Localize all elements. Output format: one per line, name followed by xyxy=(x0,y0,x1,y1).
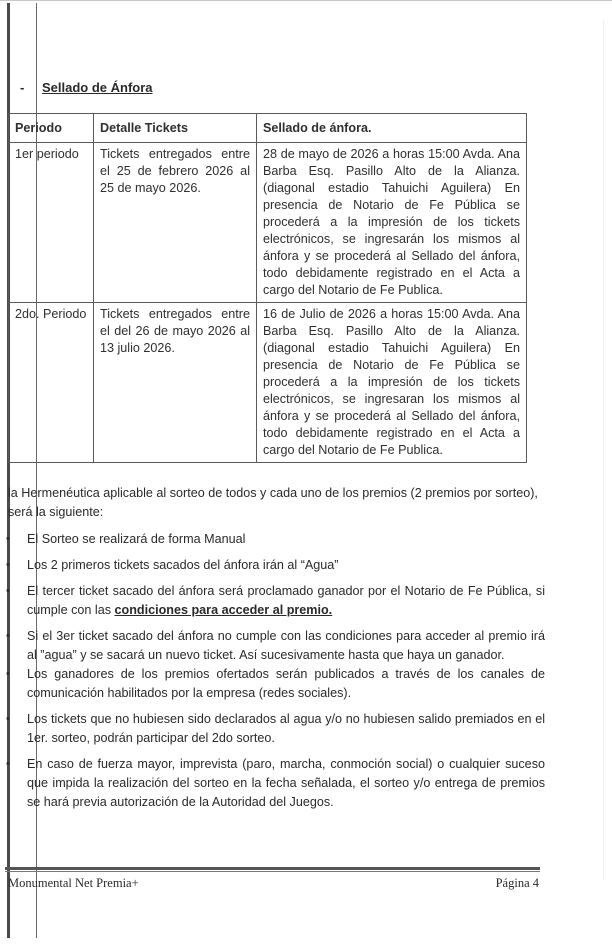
header-sellado: Sellado de ánfora. xyxy=(257,114,527,143)
list-item: •Los ganadores de los premios ofertados … xyxy=(0,665,545,703)
list-item: •Los 2 primeros tickets sacados del ánfo… xyxy=(0,556,545,575)
bullet-icon: • xyxy=(6,627,10,646)
footer-brand: Monumental Net Premia+ xyxy=(8,876,139,891)
header-detalle: Detalle Tickets xyxy=(94,114,257,143)
cell-periodo: 2do. Periodo xyxy=(9,303,94,463)
list-item: •Si el 3er ticket sacado del ánfora no c… xyxy=(0,627,545,665)
rule-text: Los ganadores de los premios ofertados s… xyxy=(27,667,545,700)
cell-detalle: Tickets entregados entre el 25 de febrer… xyxy=(94,143,257,303)
bullet-icon: • xyxy=(6,582,10,601)
footer-divider xyxy=(5,867,540,870)
rule-text: El Sorteo se realizará de forma Manual xyxy=(27,532,245,546)
page-top-edge xyxy=(0,0,612,1)
table-row: 2do. Periodo Tickets entregados entre el… xyxy=(9,303,527,463)
cell-detalle: Tickets entregados entre el del 26 de ma… xyxy=(94,303,257,463)
rule-text: En caso de fuerza mayor, imprevista (par… xyxy=(27,757,545,809)
header-periodo: Periodo xyxy=(9,114,94,143)
bullet-icon: • xyxy=(6,556,10,575)
section-title: Sellado de Ánfora xyxy=(42,80,153,95)
table-row: 1er periodo Tickets entregados entre el … xyxy=(9,143,527,303)
footer-divider-thin xyxy=(5,871,540,872)
rules-list: •El Sorteo se realizará de forma Manual … xyxy=(0,530,545,819)
table-header-row: Periodo Detalle Tickets Sellado de ánfor… xyxy=(9,114,527,143)
rule-text: Si el 3er ticket sacado del ánfora no cu… xyxy=(27,629,545,662)
rule-emphasis: condiciones para acceder al premio. xyxy=(115,603,333,617)
bullet-icon: • xyxy=(6,710,10,729)
cell-sellado: 16 de Julio de 2026 a horas 15:00 Avda. … xyxy=(257,303,527,463)
bullet-icon: • xyxy=(6,665,10,684)
list-item: •Los tickets que no hubiesen sido declar… xyxy=(0,710,545,748)
page-number: Página 4 xyxy=(496,876,539,891)
heading-dash: - xyxy=(20,80,42,95)
section-heading: -Sellado de Ánfora xyxy=(20,80,153,95)
rule-text: Los 2 primeros tickets sacados del ánfor… xyxy=(27,558,339,572)
sealing-schedule-table: Periodo Detalle Tickets Sellado de ánfor… xyxy=(8,113,527,463)
scan-artifact xyxy=(603,20,604,880)
list-item: •En caso de fuerza mayor, imprevista (pa… xyxy=(0,755,545,812)
cell-sellado: 28 de mayo de 2026 a horas 15:00 Avda. A… xyxy=(257,143,527,303)
bullet-icon: • xyxy=(6,755,10,774)
intro-paragraph: la Hermenéutica aplicable al sorteo de t… xyxy=(8,484,538,522)
bullet-icon: • xyxy=(6,530,10,549)
list-item: •El tercer ticket sacado del ánfora será… xyxy=(0,582,545,620)
rule-text: Los tickets que no hubiesen sido declara… xyxy=(27,712,545,745)
cell-periodo: 1er periodo xyxy=(9,143,94,303)
list-item: •El Sorteo se realizará de forma Manual xyxy=(0,530,545,549)
